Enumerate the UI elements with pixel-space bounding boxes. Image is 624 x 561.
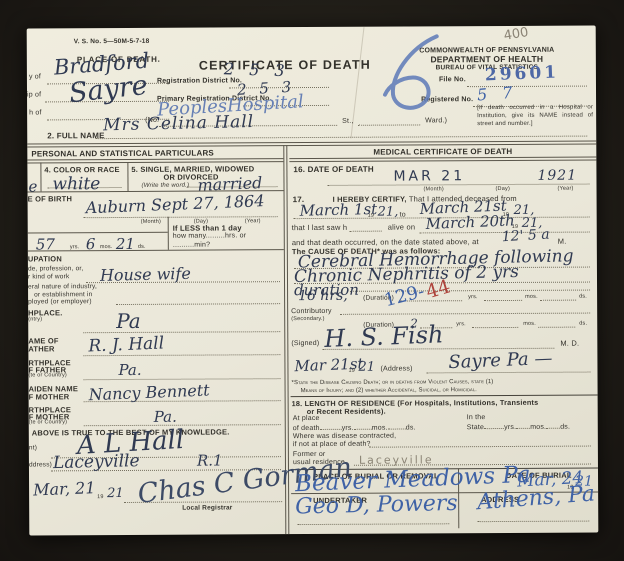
informant-address-value: Laceyville	[53, 451, 140, 473]
occupation-b3: ployed (or employer)	[28, 298, 92, 305]
rule	[291, 395, 598, 398]
occupation-a2: r kind of work	[28, 273, 69, 280]
contributory-label: Contributory	[291, 308, 332, 315]
father-name-value: R. J. Hall	[88, 333, 164, 356]
age-mos-label: mos.	[100, 244, 113, 250]
dotted-line	[477, 521, 589, 523]
file-no-stamp: 29601	[485, 62, 560, 85]
birth-year-sub: (Year)	[245, 218, 261, 224]
undertaker-value: Geo D, Powers	[295, 491, 458, 520]
dotted-line	[484, 300, 522, 301]
birth-month-sub: (Month)	[141, 219, 161, 225]
duration2-mos-label: mos.	[523, 321, 536, 327]
ds-label: ds.	[560, 424, 570, 431]
physician-address: Sayre Pa —	[448, 348, 553, 373]
in-the-label-1: In the	[467, 414, 486, 421]
at-place-label-1: At place	[293, 415, 320, 422]
physician-signature: H. S. Fish	[324, 320, 444, 353]
father-name-label-2: ATHER	[28, 344, 54, 353]
filed-date: Mar, 21	[33, 478, 96, 499]
mother-maiden-label-2: F MOTHER	[29, 392, 70, 401]
contracted-label-2: if not at place of death?	[293, 441, 371, 448]
rule	[27, 161, 283, 163]
street-suffix: St.,	[342, 118, 353, 125]
mother-birthplace-value: Pa.	[154, 408, 177, 426]
age-less-line3: ..........min?	[173, 242, 210, 249]
date-of-birth-value: Auburn Sept 27, 1864	[85, 191, 265, 217]
hospital-note: [If death occurred in a Hospital or Inst…	[477, 105, 593, 129]
occupation-value: House wife	[100, 264, 191, 285]
signed-date: Mar 21st	[294, 355, 364, 376]
dotted-line	[320, 423, 342, 430]
in-state-row: Stateyrs.mos.ds.	[467, 422, 570, 432]
death-time-value: 12' 5 a	[501, 227, 550, 246]
dotted-line	[116, 303, 280, 305]
informant-address-label: ddress)	[29, 461, 52, 468]
secondary-label: (Secondary.)	[291, 316, 325, 322]
cell-divider	[168, 217, 169, 250]
death-occurred-label: and that death occurred, on the date sta…	[292, 237, 479, 247]
death-certificate: V. S. No. 5—50M-5-7-18 PLACE OF DEATH. y…	[27, 26, 599, 536]
duration2-ds-label: ds.	[579, 321, 587, 327]
occupation-a1: de, profession, or,	[28, 265, 84, 272]
county-label: y of	[29, 73, 41, 80]
mos-label: mos.	[372, 425, 388, 432]
at-place-row: of deathyrs.mos.ds.	[293, 422, 416, 432]
dotted-line	[95, 136, 587, 140]
attended-from-year: 21,	[378, 205, 399, 220]
date-of-birth-label: E OF BIRTH	[28, 194, 73, 203]
informant-label: nt)	[29, 444, 37, 451]
alive-on-label: alive on	[388, 222, 415, 231]
cell-divider	[127, 162, 128, 191]
contracted-label-1: Where was disease contracted,	[293, 433, 397, 441]
ds-label: ds.	[406, 424, 416, 431]
attended-from-date: March 1st	[299, 200, 377, 220]
date-of-death-monthday: MAR 21	[393, 168, 465, 184]
dotted-line	[340, 313, 590, 315]
ward-suffix: Ward.)	[425, 117, 447, 124]
father-birthplace-value: Pa.	[118, 361, 141, 379]
full-name-label: 2. FULL NAME	[47, 131, 104, 140]
duration2-yrs-label: yrs.	[456, 321, 466, 327]
pencil-number: 400	[503, 25, 530, 44]
footnote-line-2: Means of Injury; and (2) whether Acciden…	[301, 387, 477, 394]
age-days-value: 21	[116, 235, 135, 253]
township-label: ip of	[27, 91, 41, 98]
race-label: 4. COLOR OR RACE	[44, 165, 119, 174]
filed-year: 21	[107, 486, 124, 501]
form-number: V. S. No. 5—50M-5-7-18	[74, 38, 150, 45]
yrs-label: yrs.	[504, 424, 516, 431]
dotted-line	[388, 423, 406, 430]
age-yrs-label: yrs.	[70, 244, 80, 250]
registered-no-value: 5 7	[476, 83, 518, 105]
date-of-death-year: 1921	[537, 168, 577, 184]
cause-duration-value: 16 hrs,	[298, 288, 348, 304]
dotted-line	[484, 422, 504, 429]
address-label: (Address)	[380, 365, 412, 372]
printed-19: 19	[97, 494, 104, 500]
mother-birthplace-sub: (te or Country)	[29, 419, 67, 425]
local-registrar-label: Local Registrar	[182, 504, 232, 511]
in-the-label-2: State	[467, 424, 484, 431]
dotted-line	[472, 327, 518, 328]
at-place-label-2: of death	[293, 425, 320, 432]
full-name-value: Mrs Celina Hall	[103, 112, 254, 135]
dotted-line	[516, 422, 530, 429]
race-value: white	[52, 174, 100, 194]
birthplace-value: Pa	[116, 309, 141, 333]
age-months-value: 6	[86, 235, 96, 253]
duration-ds-label: ds.	[579, 294, 587, 300]
date-of-death-label: 16. DATE OF DEATH	[293, 165, 373, 174]
borough-label: h of	[29, 109, 42, 116]
dotted-line	[538, 327, 575, 328]
footnote-line-1: *State the Disease Causing Death; or in …	[292, 379, 494, 386]
code-blue-pencil: 129-	[382, 281, 426, 311]
medical-section-title: MEDICAL CERTIFICATE OF DEATH	[289, 147, 596, 158]
rule	[28, 249, 284, 251]
former-residence-value: Laceyville	[359, 453, 434, 466]
duration-yrs-label: yrs.	[468, 294, 478, 300]
dod-year-sub: (Year)	[558, 186, 574, 192]
occupation-b1: eral nature of industry,	[28, 283, 97, 290]
dod-day-sub: (Day)	[496, 186, 510, 192]
rule	[289, 160, 596, 163]
registration-district-value: 2 5 3	[224, 59, 290, 80]
occupation-label: UPATION	[28, 254, 62, 263]
signed-label: (Signed)	[291, 340, 319, 347]
dotted-line	[358, 124, 420, 125]
sex-fragment: e	[28, 177, 37, 195]
dotted-line	[540, 300, 576, 301]
last-saw-label: that I last saw h	[292, 223, 348, 232]
age-less-line2: how many.........hrs. or	[173, 232, 247, 239]
duration-mos-label: mos.	[525, 294, 538, 300]
dotted-line	[84, 378, 281, 380]
dotted-line	[546, 422, 560, 429]
blue-ink-scrawl	[379, 32, 457, 116]
dotted-line	[350, 231, 382, 232]
dotted-line	[369, 446, 591, 448]
rule	[27, 158, 283, 160]
signed-year: 21	[358, 360, 375, 375]
mos-label: mos.	[530, 424, 546, 431]
md-label: M. D.	[560, 339, 579, 348]
cell-divider	[40, 162, 41, 191]
rule	[289, 157, 596, 160]
personal-section-title: PERSONAL AND STATISTICAL PARTICULARS	[31, 149, 214, 159]
dotted-line	[297, 523, 449, 525]
yrs-label: yrs.	[342, 425, 354, 432]
birthplace-sub: (ntry)	[28, 316, 42, 322]
dod-month-sub: (Month)	[424, 186, 444, 192]
dotted-line	[83, 331, 280, 333]
marital-hint: (Write the word.)	[141, 183, 189, 189]
age-years-value: 57	[36, 235, 55, 253]
father-birthplace-sub: (te or Country)	[28, 372, 66, 378]
age-less-line1: If LESS than 1 day	[173, 223, 242, 232]
to-word: to	[400, 212, 406, 219]
informant-address-value2: R.1	[197, 451, 223, 469]
age-ds-label: ds.	[138, 244, 146, 250]
am-label: M.	[558, 237, 567, 246]
photo-background: { "colors": { "paper": "#eae7d9", "backg…	[0, 0, 624, 561]
dotted-line	[354, 423, 372, 430]
rule	[28, 232, 168, 234]
